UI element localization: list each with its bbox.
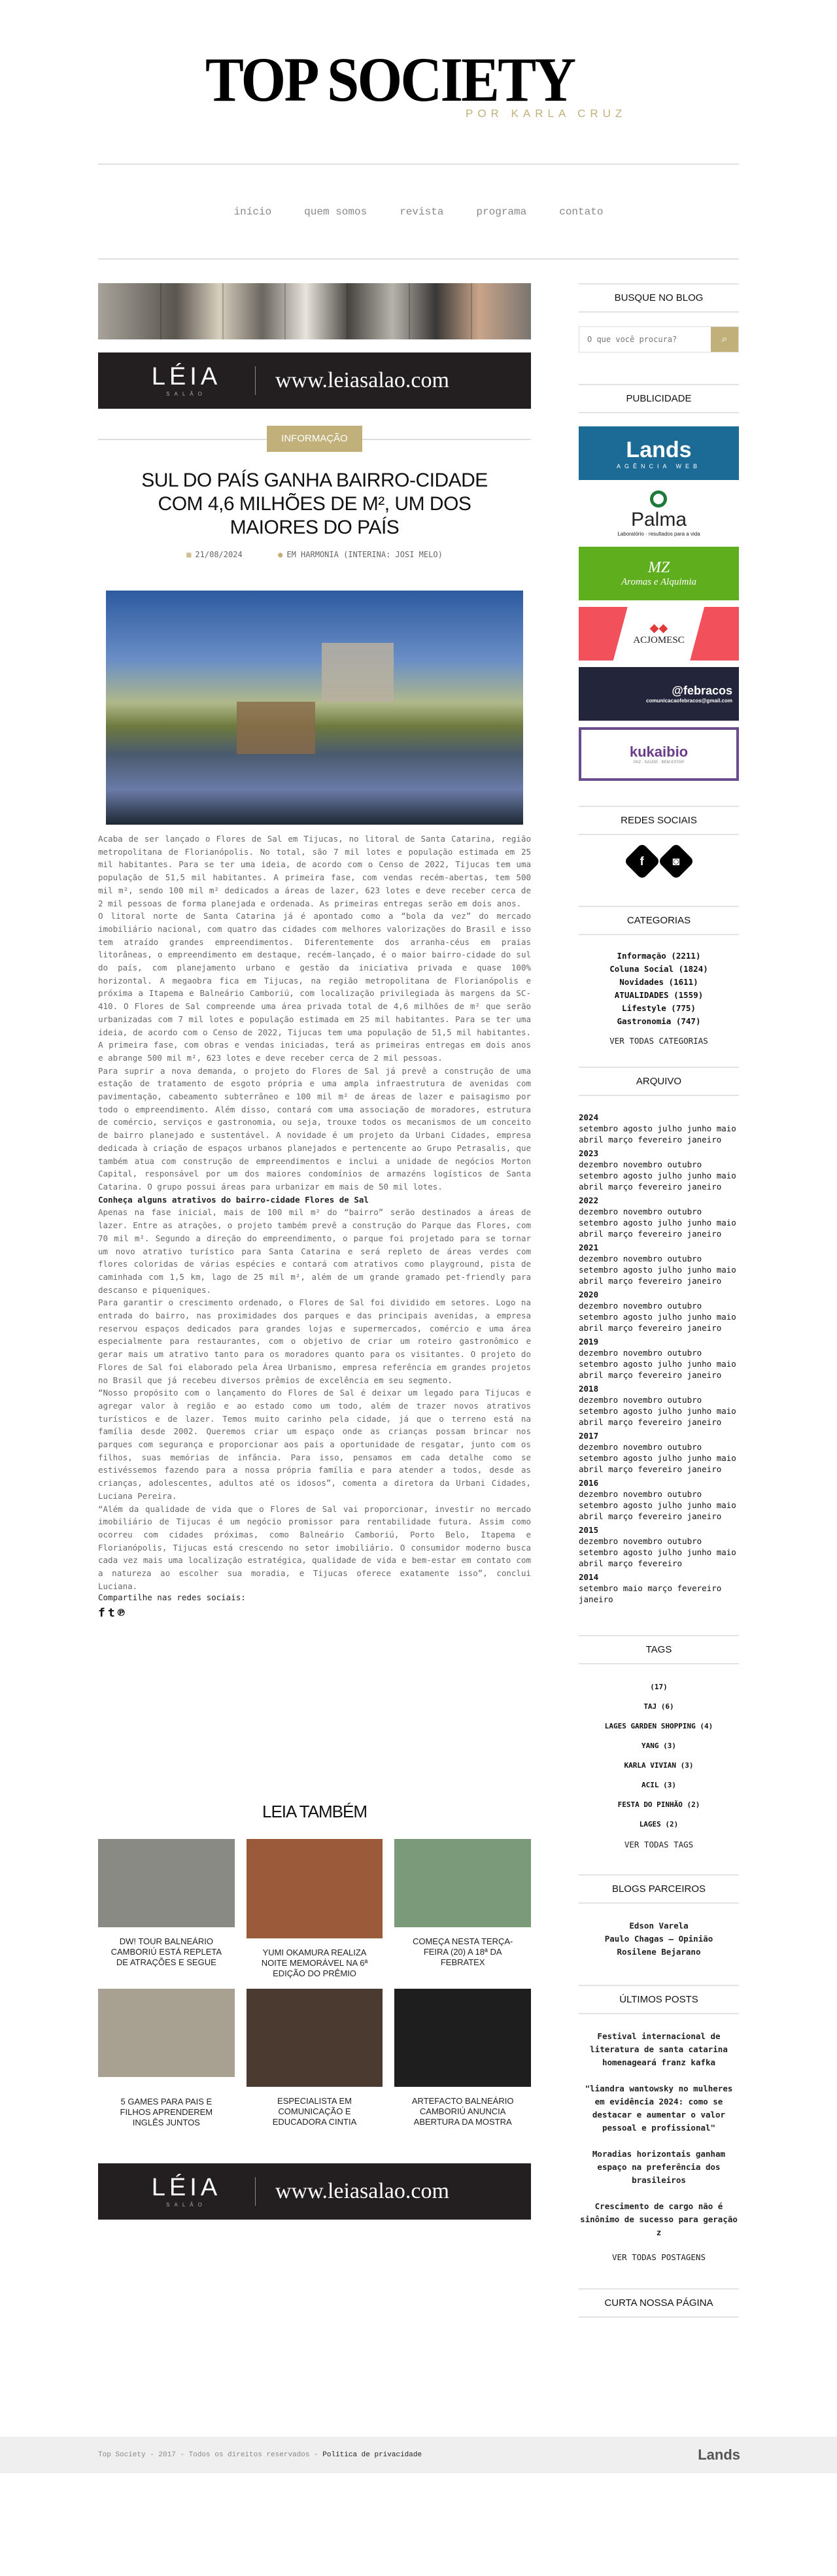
- archive-year[interactable]: 2024: [579, 1112, 739, 1123]
- latest-post-link[interactable]: Crescimento de cargo não é sinônimo de s…: [579, 2200, 739, 2239]
- site-logo[interactable]: TOP SOCIETY: [205, 48, 574, 111]
- leia-logo: LÉIASALÃO: [137, 2175, 235, 2208]
- search-icon: ⌕: [722, 334, 728, 345]
- see-all-posts-link[interactable]: VER TODAS POSTAGENS: [579, 2252, 739, 2262]
- tag-link[interactable]: YANG (3): [579, 1742, 739, 1750]
- latest-posts: Festival internacional de literatura de …: [579, 2030, 739, 2239]
- share-label: Compartilhe nas redes sociais:: [98, 1592, 531, 1602]
- category-link[interactable]: Novidades (1611): [579, 976, 739, 989]
- related-card[interactable]: ARTEFACTO BALNEÁRIO CAMBORIÚ ANUNCIA ABE…: [394, 1989, 531, 2149]
- archive-year[interactable]: 2018: [579, 1383, 739, 1394]
- category-link[interactable]: ATUALIDADES (1559): [579, 989, 739, 1002]
- facebook-icon: f: [640, 855, 644, 868]
- tag-link[interactable]: TAJ (6): [579, 1702, 739, 1711]
- ad-palma[interactable]: PalmaLaboratório · resultados para a vid…: [579, 487, 739, 540]
- user-icon: ●: [278, 550, 282, 559]
- widget-title-ads: PUBLICIDADE: [579, 384, 739, 413]
- tag-list: (17) TAJ (6) LAGES GARDEN SHOPPING (4) Y…: [579, 1683, 739, 1829]
- related-card-title[interactable]: ESPECIALISTA EM COMUNICAÇÃO E EDUCADORA …: [256, 2096, 374, 2148]
- widget-title-categories: CATEGORIAS: [579, 906, 739, 935]
- related-image[interactable]: [394, 1989, 531, 2087]
- instagram-icon: ◙: [672, 855, 679, 868]
- archive-year[interactable]: 2019: [579, 1336, 739, 1347]
- sidebar: BUSQUE NO BLOG ⌕ PUBLICIDADE LandsAGÊNCI…: [579, 283, 739, 2318]
- related-title: LEIA TAMBÉM: [98, 1802, 531, 1822]
- magazine-covers-banner[interactable]: [98, 283, 531, 339]
- ad-acjomesc[interactable]: ◆◆ACJOMESC: [579, 607, 739, 661]
- related-card[interactable]: 5 GAMES PARA PAIS E FILHOS APRENDEREM IN…: [98, 1989, 235, 2149]
- archive-year[interactable]: 2020: [579, 1289, 739, 1300]
- lands-logo[interactable]: Lands: [698, 2447, 740, 2464]
- archive-months[interactable]: dezembro novembro outubro setembro agost…: [579, 1347, 739, 1381]
- leia-url: www.leiasalao.com: [275, 2179, 449, 2204]
- widget-title-search: BUSQUE NO BLOG: [579, 283, 739, 313]
- nav-quem-somos[interactable]: quem somos: [304, 206, 367, 218]
- related-image[interactable]: [98, 1839, 235, 1927]
- site-footer: Top Society - 2017 - Todos os direitos r…: [0, 2437, 837, 2473]
- archive-months[interactable]: setembro agosto julho junho maio abril m…: [579, 1123, 739, 1145]
- latest-post-link[interactable]: "liandra wantowsky no mulheres em evidên…: [579, 2082, 739, 2135]
- see-all-categories-link[interactable]: VER TODAS CATEGORIAS: [579, 1036, 739, 1046]
- related-image[interactable]: [394, 1839, 531, 1927]
- widget-title-posts: ÚLTIMOS POSTS: [579, 1985, 739, 2014]
- related-image[interactable]: [247, 1839, 383, 1938]
- related-card-title[interactable]: ARTEFACTO BALNEÁRIO CAMBORIÚ ANUNCIA ABE…: [403, 2096, 522, 2148]
- archive-months[interactable]: dezembro novembro outubro setembro agost…: [579, 1488, 739, 1522]
- main-nav: início quem somos revista programa conta…: [98, 163, 739, 260]
- leia-salao-banner-bottom[interactable]: LÉIASALÃO www.leiasalao.com: [98, 2163, 531, 2220]
- leia-salao-banner[interactable]: LÉIASALÃO www.leiasalao.com: [98, 352, 531, 409]
- paragraph: “Além da qualidade de vida que o Flores …: [98, 1503, 531, 1593]
- widget-title-like: CURTA NOSSA PÁGINA: [579, 2288, 739, 2318]
- category-list: Informação (2211) Coluna Social (1824) N…: [579, 950, 739, 1028]
- category-row: INFORMAÇÃO: [98, 426, 531, 452]
- archive-year[interactable]: 2014: [579, 1571, 739, 1583]
- archive-months[interactable]: dezembro novembro outubro setembro agost…: [579, 1441, 739, 1475]
- partner-blogs: Edson Varela Paulo Chagas – Opinião Rosi…: [579, 1919, 739, 1959]
- main-content: LÉIASALÃO www.leiasalao.com INFORMAÇÃO S…: [98, 283, 531, 2318]
- archive-months[interactable]: dezembro novembro outubro setembro agost…: [579, 1394, 739, 1428]
- privacy-policy-link[interactable]: Política de privacidade: [322, 2451, 422, 2459]
- partner-blog-link[interactable]: Edson Varela: [579, 1919, 739, 1932]
- related-card-title[interactable]: COMEÇA NESTA TERÇA-FEIRA (20) A 18ª DA F…: [403, 1936, 522, 1989]
- leia-logo: LÉIASALÃO: [137, 364, 235, 397]
- calendar-icon: ▦: [186, 550, 191, 559]
- archive-year[interactable]: 2016: [579, 1477, 739, 1488]
- social-links: f ◙: [579, 848, 739, 874]
- search-input[interactable]: [579, 327, 711, 352]
- archive-months[interactable]: dezembro novembro outubro setembro agost…: [579, 1159, 739, 1192]
- share-icons: ft℗: [98, 1606, 531, 1620]
- paragraph: Para garantir o crescimento ordenado, o …: [98, 1296, 531, 1386]
- ad-lands[interactable]: LandsAGÊNCIA WEB: [579, 426, 739, 480]
- archive-months[interactable]: setembro maio março fevereiro janeiro: [579, 1583, 739, 1605]
- leia-url: www.leiasalao.com: [275, 368, 449, 393]
- tag-link[interactable]: LAGES GARDEN SHOPPING (4): [579, 1722, 739, 1730]
- category-link[interactable]: Gastronomia (747): [579, 1015, 739, 1028]
- tag-link[interactable]: ACIL (3): [579, 1781, 739, 1789]
- category-link[interactable]: Informação (2211): [579, 950, 739, 963]
- partner-blog-link[interactable]: Paulo Chagas – Opinião: [579, 1932, 739, 1946]
- archive-months[interactable]: dezembro novembro outubro setembro agost…: [579, 1300, 739, 1333]
- widget-title-archive: ARQUIVO: [579, 1067, 739, 1096]
- tag-link[interactable]: KARLA VIVIAN (3): [579, 1761, 739, 1770]
- widget-title-tags: TAGS: [579, 1635, 739, 1664]
- article-title: SUL DO PAÍS GANHA BAIRRO-CIDADE COM 4,6 …: [124, 469, 505, 540]
- article-body: Acaba de ser lançado o Flores de Sal em …: [98, 833, 531, 1592]
- paragraph: Para suprir a nova demanda, o projeto do…: [98, 1065, 531, 1194]
- archive-months[interactable]: dezembro novembro outubro setembro agost…: [579, 1536, 739, 1569]
- tag-link[interactable]: FESTA DO PINHÃO (2): [579, 1800, 739, 1809]
- article-author[interactable]: EM HARMONIA (INTERINA: JOSI MELO): [286, 550, 442, 559]
- site-subtitle: POR KARLA CRUZ: [466, 107, 626, 120]
- article-subheading: Conheça alguns atrativos do bairro-cidad…: [98, 1194, 531, 1207]
- partner-blog-link[interactable]: Rosilene Bejarano: [579, 1946, 739, 1959]
- paragraph: “Nosso propósito com o lançamento do Flo…: [98, 1386, 531, 1502]
- pinterest-icon[interactable]: ℗: [118, 1606, 128, 1620]
- related-image[interactable]: [247, 1989, 383, 2087]
- related-card[interactable]: COMEÇA NESTA TERÇA-FEIRA (20) A 18ª DA F…: [394, 1839, 531, 1989]
- archive-year[interactable]: 2021: [579, 1242, 739, 1253]
- widget-title-social: REDES SOCIAIS: [579, 806, 739, 835]
- category-link[interactable]: Lifestyle (775): [579, 1002, 739, 1015]
- article-meta: ▦21/08/2024 ●EM HARMONIA (INTERINA: JOSI…: [98, 550, 531, 559]
- archive-months[interactable]: dezembro novembro outubro setembro agost…: [579, 1253, 739, 1286]
- archive-list: 2024setembro agosto julho junho maio abr…: [579, 1112, 739, 1605]
- related-card[interactable]: DW! TOUR BALNEÁRIO CAMBORIÚ ESTÁ REPLETA…: [98, 1839, 235, 1989]
- facebook-icon[interactable]: f: [98, 1606, 108, 1620]
- archive-months[interactable]: dezembro novembro outubro setembro agost…: [579, 1206, 739, 1239]
- ad-febracos[interactable]: @febracoscomunicacaofebracos@gmail.com: [579, 667, 739, 721]
- related-card-title[interactable]: DW! TOUR BALNEÁRIO CAMBORIÚ ESTÁ REPLETA…: [107, 1936, 226, 1989]
- related-image[interactable]: [98, 1989, 235, 2077]
- search-form: ⌕: [579, 326, 739, 352]
- instagram-link[interactable]: ◙: [657, 843, 694, 880]
- site-header: TOP SOCIETY POR KARLA CRUZ: [0, 0, 837, 163]
- related-card[interactable]: ESPECIALISTA EM COMUNICAÇÃO E EDUCADORA …: [247, 1989, 383, 2149]
- paragraph: Acaba de ser lançado o Flores de Sal em …: [98, 833, 531, 910]
- category-badge[interactable]: INFORMAÇÃO: [267, 426, 362, 452]
- nav-contato[interactable]: contato: [559, 206, 603, 218]
- latest-post-link[interactable]: Moradias horizontais ganham espaço na pr…: [579, 2148, 739, 2187]
- related-card[interactable]: YUMI OKAMURA REALIZA NOITE MEMORÁVEL NA …: [247, 1839, 383, 1989]
- tag-link[interactable]: (17): [579, 1683, 739, 1691]
- search-button[interactable]: ⌕: [711, 327, 738, 352]
- nav-inicio[interactable]: início: [234, 206, 272, 218]
- related-posts: LEIA TAMBÉM DW! TOUR BALNEÁRIO CAMBORIÚ …: [98, 1802, 531, 2149]
- divider: [255, 2177, 256, 2206]
- nav-revista[interactable]: revista: [400, 206, 443, 218]
- footer-copyright: Top Society - 2017 - Todos os direitos r…: [98, 2451, 422, 2459]
- archive-year[interactable]: 2017: [579, 1430, 739, 1441]
- latest-post-link[interactable]: Festival internacional de literatura de …: [579, 2030, 739, 2069]
- category-link[interactable]: Coluna Social (1824): [579, 963, 739, 976]
- divider: [255, 366, 256, 395]
- article-hero-image: [106, 591, 523, 825]
- widget-title-blogs: BLOGS PARCEIROS: [579, 1874, 739, 1904]
- see-all-tags-link[interactable]: VER TODAS TAGS: [579, 1840, 739, 1849]
- facebook-link[interactable]: f: [623, 843, 660, 880]
- ad-mz-aromas[interactable]: MZAromas e Alquimia: [579, 547, 739, 600]
- related-card-title[interactable]: YUMI OKAMURA REALIZA NOITE MEMORÁVEL NA …: [256, 1948, 374, 1989]
- tag-link[interactable]: LAGES (2): [579, 1820, 739, 1829]
- nav-programa[interactable]: programa: [476, 206, 526, 218]
- twitter-icon[interactable]: t: [108, 1606, 118, 1620]
- related-card-title[interactable]: 5 GAMES PARA PAIS E FILHOS APRENDEREM IN…: [107, 2097, 226, 2149]
- paragraph: Apenas na fase inicial, mais de 100 mil …: [98, 1206, 531, 1296]
- archive-year[interactable]: 2015: [579, 1524, 739, 1536]
- archive-year[interactable]: 2023: [579, 1148, 739, 1159]
- ad-kukaibio[interactable]: kukaibioPAZ · SAÚDE · BEM-ESTAR: [579, 727, 739, 781]
- article-date: 21/08/2024: [195, 550, 242, 559]
- archive-year[interactable]: 2022: [579, 1195, 739, 1206]
- paragraph: O litoral norte de Santa Catarina já é a…: [98, 910, 531, 1064]
